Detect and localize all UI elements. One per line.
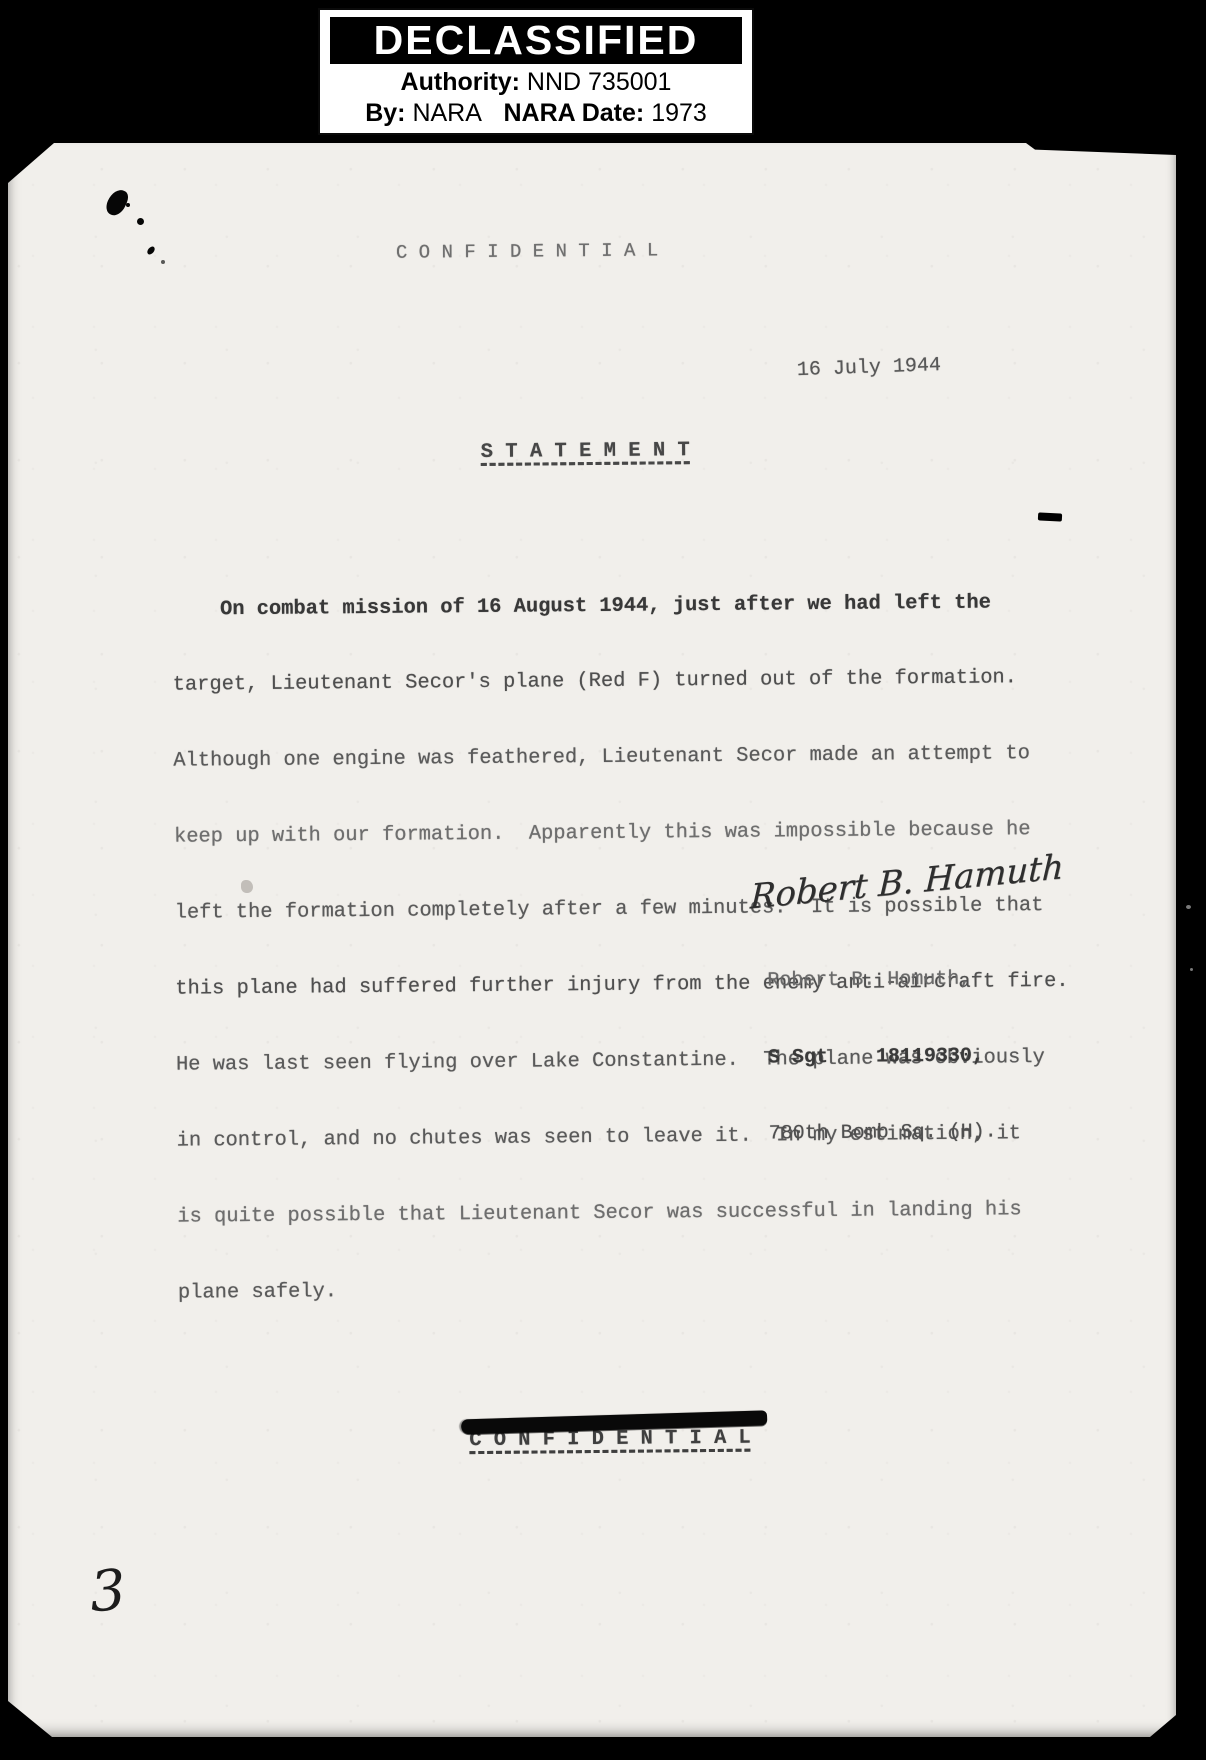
body-line: On combat mission of 16 August 1944, jus… bbox=[172, 589, 1065, 622]
signature-block: Robert B. Homuth, S Sgt 18119330, 780th … bbox=[767, 916, 997, 1198]
scan-speck bbox=[1190, 968, 1193, 971]
stamp-authority-line: Authority: NND 735001 bbox=[320, 67, 752, 98]
signature-unit: 780th Bomb Sq. (H). bbox=[769, 1120, 997, 1147]
document-title: S T A T E M E N T bbox=[481, 439, 690, 464]
stamp-date-value: 1973 bbox=[651, 99, 707, 127]
body-line: plane safely. bbox=[178, 1272, 1071, 1305]
body-line: is quite possible that Lieutenant Secor … bbox=[177, 1197, 1070, 1230]
handwritten-page-number: 3 bbox=[88, 1558, 128, 1625]
signature-rank-serial: S Sgt 18119330, bbox=[768, 1043, 996, 1070]
signature-name: Robert B. Homuth, bbox=[767, 967, 995, 994]
body-line: Although one engine was feathered, Lieut… bbox=[173, 741, 1066, 774]
stamp-authority-label: Authority: bbox=[401, 68, 520, 96]
declassified-stamp: DECLASSIFIED Authority: NND 735001 By: N… bbox=[318, 8, 754, 135]
typed-content: C O N F I D E N T I A L 16 July 1944 S T… bbox=[8, 138, 1190, 1742]
body-line: keep up with our formation. Apparently t… bbox=[174, 817, 1067, 850]
body-line: target, Lieutenant Secor's plane (Red F)… bbox=[173, 665, 1066, 698]
scan-speck bbox=[1186, 905, 1191, 909]
stamp-by-line: By: NARA NARA Date: 1973 bbox=[320, 98, 752, 129]
stamp-authority-value: NND 735001 bbox=[527, 68, 672, 96]
stamp-title: DECLASSIFIED bbox=[330, 17, 742, 64]
document-page: C O N F I D E N T I A L 16 July 1944 S T… bbox=[8, 143, 1176, 1737]
classification-header: C O N F I D E N T I A L bbox=[396, 239, 658, 263]
document-date: 16 July 1944 bbox=[797, 354, 942, 382]
stamp-date-label: NARA Date: bbox=[503, 99, 644, 127]
stamp-by-value: NARA bbox=[412, 99, 480, 127]
stamp-by-label: By: bbox=[365, 99, 405, 127]
